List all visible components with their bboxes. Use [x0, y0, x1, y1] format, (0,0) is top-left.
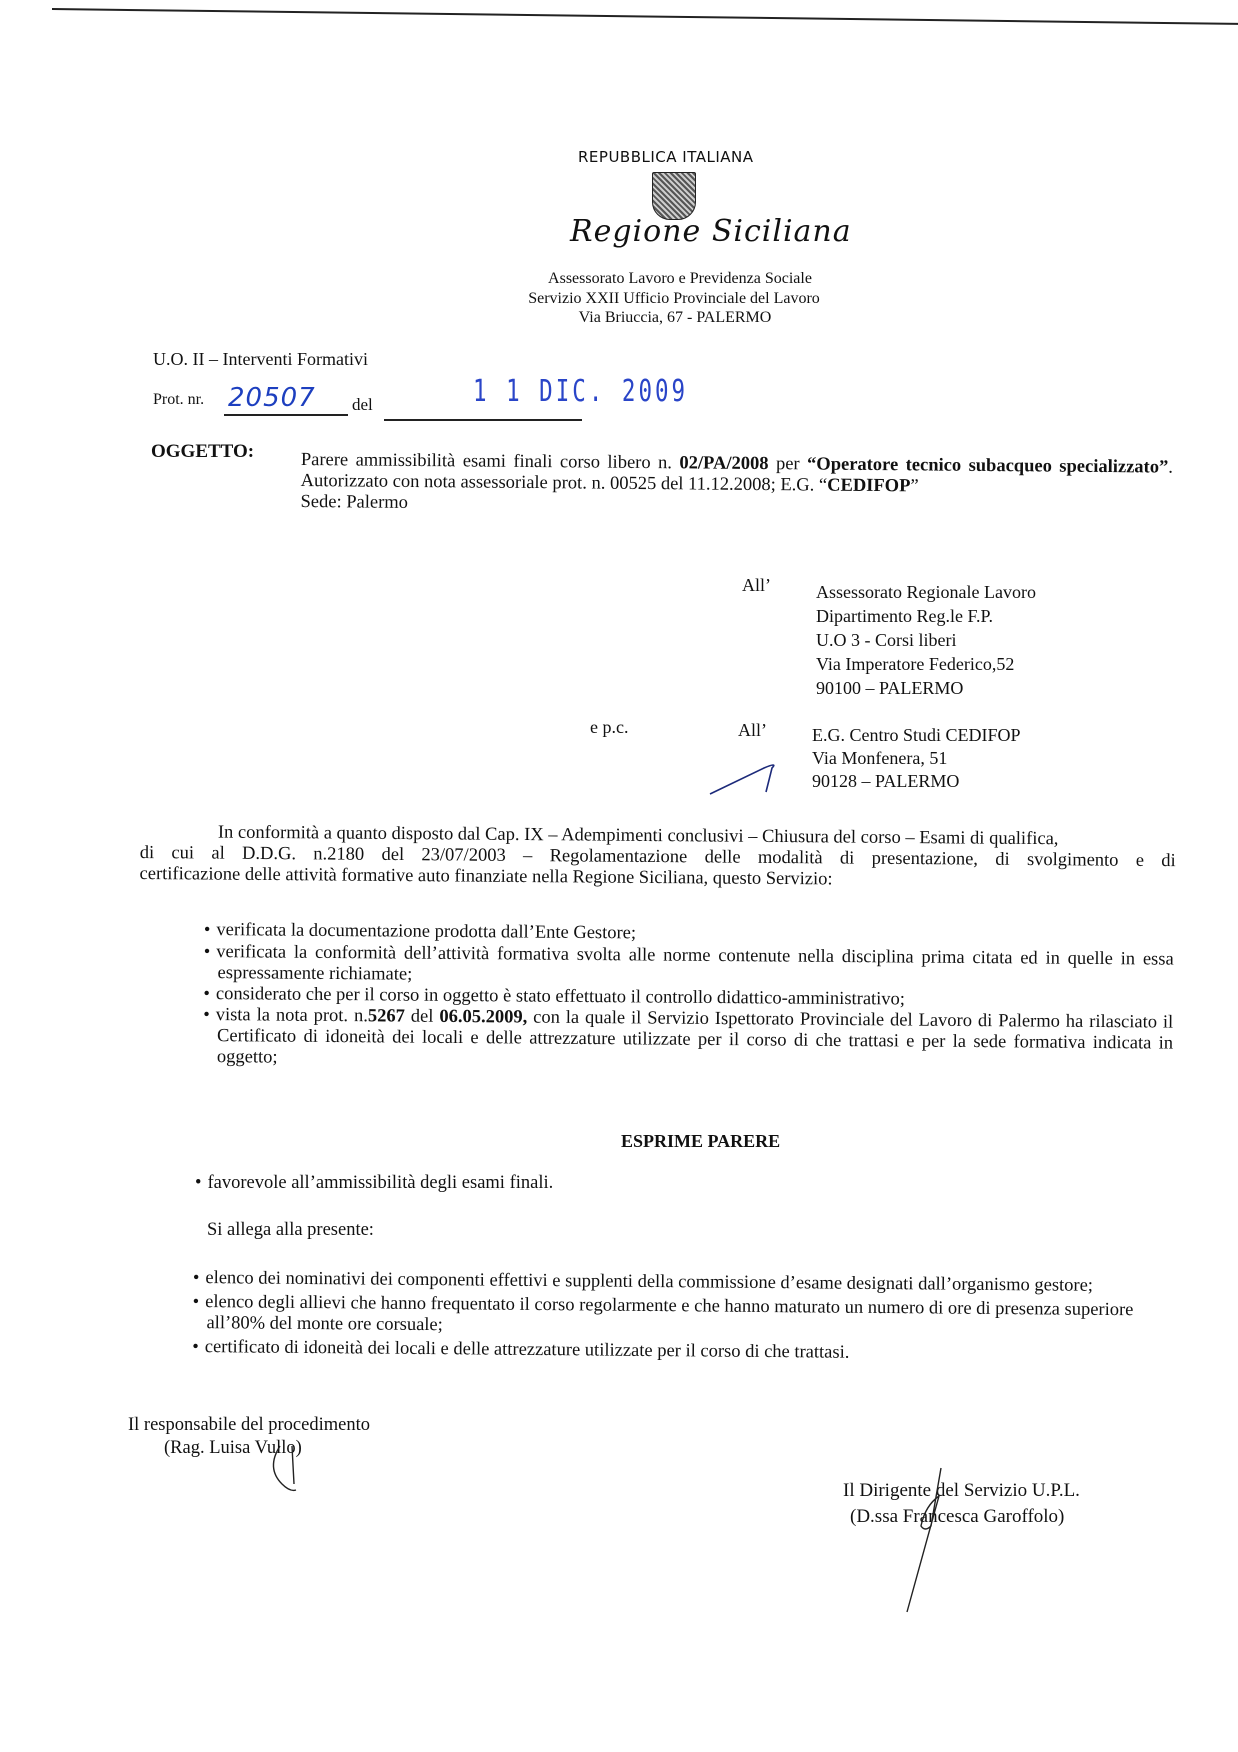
handwritten-signature-left: [262, 1440, 312, 1496]
course-code: 02/PA/2008: [679, 453, 768, 474]
finding-text: verificata la conformità dell’attività f…: [204, 942, 1174, 985]
republic-heading: REPUBBLICA ITALIANA: [578, 148, 754, 166]
header-line-3: Via Briuccia, 67 - PALERMO: [560, 309, 790, 327]
address-line: Assessorato Regionale Lavoro: [816, 580, 1036, 604]
address-line: 90128 – PALERMO: [812, 770, 1021, 793]
protocol-label: Prot. nr.: [153, 391, 204, 409]
region-name: Regione Siciliana: [570, 214, 852, 249]
address-line: Via Imperatore Federico,52: [816, 652, 1036, 676]
attachment-text: certificato di idoneità dei locali e del…: [192, 1337, 849, 1363]
header-line-2: Servizio XXII Ufficio Provinciale del La…: [508, 290, 840, 308]
scan-top-rule: [52, 8, 1238, 25]
recipient-1-address: Assessorato Regionale Lavoro Dipartiment…: [816, 580, 1036, 700]
note-date: 06.05.2009,: [439, 1007, 527, 1028]
date-stamp: 1 1 DIC. 2009: [473, 374, 688, 409]
opinion-title: ESPRIME PARERE: [621, 1131, 780, 1152]
opinion-item: favorevole all’ammissibilità degli esami…: [195, 1173, 553, 1194]
finding-item: vista la nota prot. n.5267 del 06.05.200…: [203, 1005, 1173, 1076]
recipient-2-address: E.G. Centro Studi CEDIFOP Via Monfenera,…: [812, 724, 1021, 793]
attachment-text: elenco degli allievi che hanno frequenta…: [193, 1292, 1134, 1335]
address-line: Via Monfenera, 51: [812, 747, 1021, 770]
protocol-number-handwritten: 20507: [228, 383, 316, 413]
address-line: Dipartimento Reg.le F.P.: [816, 604, 1036, 628]
subject-text-part: Parere ammissibilità esami finali corso …: [301, 450, 680, 473]
handwritten-signature-right: [895, 1466, 955, 1616]
finding-text: vista la nota prot. n.: [203, 1005, 368, 1026]
signature-right-name: (D.ssa Francesca Garoffolo): [850, 1506, 1064, 1527]
attachment-item: elenco degli allievi che hanno frequenta…: [192, 1292, 1142, 1342]
address-line: U.O 3 - Corsi liberi: [816, 628, 1036, 652]
header-line-1: Assessorato Lavoro e Previdenza Sociale: [520, 270, 840, 288]
date-underline: [384, 419, 582, 421]
unit-label: U.O. II – Interventi Formativi: [153, 349, 368, 370]
intro-paragraph: In conformità a quanto disposto dal Cap.…: [140, 822, 1176, 893]
recipient-2-cc-prefix: e p.c.: [590, 717, 628, 738]
recipient-1-to: All’: [742, 575, 771, 596]
protocol-number-underline: [224, 414, 348, 416]
signature-left-role: Il responsabile del procedimento: [128, 1415, 370, 1436]
protocol-del-label: del: [352, 395, 373, 415]
finding-text: del: [405, 1007, 440, 1027]
attachment-item: certificato di idoneità dei locali e del…: [192, 1337, 1142, 1366]
subject-text: Parere ammissibilità esami finali corso …: [300, 450, 1173, 521]
findings-list: verificata la documentazione prodotta da…: [203, 920, 1174, 1076]
handwritten-arrow-mark: [708, 752, 784, 798]
address-line: 90100 – PALERMO: [816, 676, 1036, 700]
subject-sede: Sede: Palermo: [300, 492, 408, 513]
attachments-list: elenco dei nominativi dei componenti eff…: [192, 1268, 1143, 1366]
address-line: E.G. Centro Studi CEDIFOP: [812, 724, 1021, 747]
sicily-coat-of-arms-icon: [652, 172, 696, 220]
signature-right-role: Il Dirigente del Servizio U.P.L.: [843, 1480, 1080, 1501]
recipient-2-to: All’: [738, 720, 767, 741]
note-number: 5267: [368, 1006, 405, 1026]
subject-text-part: ”: [910, 476, 918, 496]
subject-label: OGGETTO:: [151, 441, 254, 463]
entity-name: CEDIFOP: [827, 476, 910, 497]
attachment-text: elenco dei nominativi dei componenti eff…: [193, 1268, 1093, 1296]
attachments-intro: Si allega alla presente:: [207, 1220, 374, 1241]
course-title: “Operatore tecnico subacqueo specializza…: [807, 454, 1168, 477]
subject-text-part: per: [768, 454, 807, 474]
